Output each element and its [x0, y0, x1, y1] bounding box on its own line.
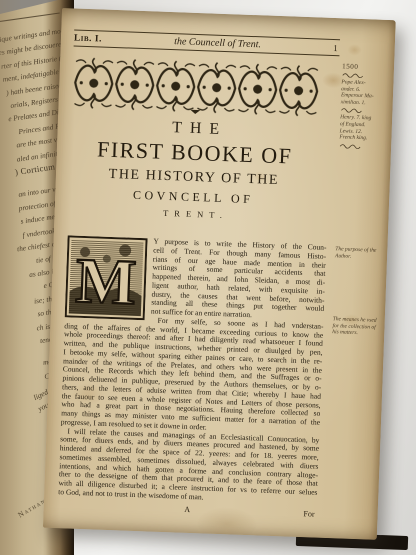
page-number: 1	[333, 42, 340, 52]
headpiece-ornament	[72, 55, 320, 118]
margin-note-purpose: The purpose of the Author.	[335, 246, 382, 261]
left-page-rule	[0, 13, 60, 23]
margin-flourish	[339, 143, 361, 149]
margin-year: 1500	[342, 62, 390, 72]
running-title: the Councell of Trent.	[174, 36, 261, 50]
photo-background: blique writings and mo-ses might be disc…	[0, 0, 416, 555]
margin-chronology: 1500 Pope Alex-ander. 6.Emperour Ma-ximi…	[339, 62, 390, 151]
running-header: Lib. I. the Councell of Trent. 1	[74, 29, 340, 56]
margin-flourish	[340, 108, 362, 114]
drop-cap-woodcut: M	[65, 235, 148, 320]
chronology-line: French king.	[339, 134, 387, 142]
chronology-group-2: Henry. 7. kingof England.Lewis. 12.Frenc…	[339, 115, 388, 143]
catchword: For	[303, 509, 314, 518]
background-corner	[0, 0, 58, 14]
chronology-line: ximilian. 1.	[341, 99, 389, 107]
book-number-label: Lib. I.	[74, 33, 102, 44]
body-text-block: M Y purpose is to write the History of t…	[58, 234, 326, 506]
main-page: Lib. I. the Councell of Trent. 1 1500 Po…	[43, 8, 396, 540]
margin-note-meanes: The meanes he vsed for the collection of…	[332, 316, 380, 337]
chronology-group-1: Pope Alex-ander. 6.Emperour Ma-ximilian.…	[341, 79, 390, 107]
title-block: THE FIRST BOOKE OF THE HISTORY OF THE CO…	[68, 115, 319, 223]
drop-cap-letter: M	[75, 245, 138, 318]
margin-flourish	[342, 72, 364, 78]
